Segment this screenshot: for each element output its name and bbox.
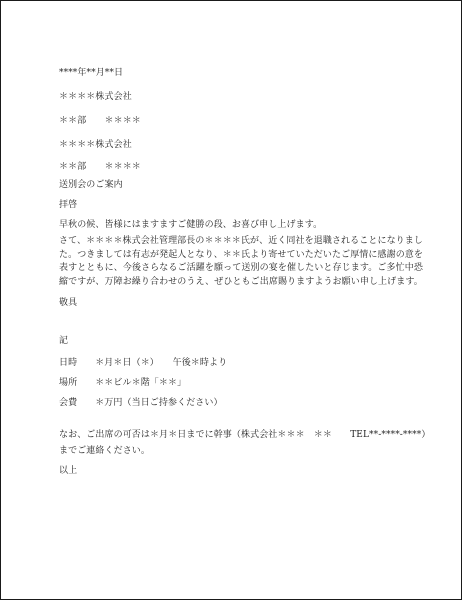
postscript: なお、ご出席の可否は＊月＊日までに幹事（株式会社＊＊＊ ＊＊ TEL**-***… <box>59 427 423 459</box>
letter-page: ****年**月**日 ＊＊＊＊株式会社 ＊＊部 ＊＊＊＊ ＊＊＊＊株式会社 ＊… <box>0 0 462 600</box>
recipient-company: ＊＊＊＊株式会社 <box>59 89 423 105</box>
recipient-contact: ＊＊部 ＊＊＊＊ <box>59 113 423 129</box>
detail-value-fee: ＊万円（当日ご持参ください） <box>95 398 222 408</box>
notice-header: 記 <box>59 333 423 349</box>
detail-row-location: 場所＊＊ビル＊階「＊＊」 <box>59 375 423 391</box>
detail-label-location: 場所 <box>59 378 77 388</box>
detail-label-datetime: 日時 <box>59 358 77 368</box>
detail-row-datetime: 日時＊月＊日（＊） 午後＊時より <box>59 355 423 371</box>
closing-word: 敬具 <box>59 295 423 311</box>
postscript-line-1: なお、ご出席の可否は＊月＊日までに幹事（株式会社＊＊＊ ＊＊ TEL**-***… <box>59 427 423 443</box>
sender-contact: ＊＊部 ＊＊＊＊ <box>59 159 423 175</box>
detail-value-location: ＊＊ビル＊階「＊＊」 <box>95 378 186 388</box>
detail-value-datetime: ＊月＊日（＊） 午後＊時より <box>95 358 227 368</box>
detail-row-fee: 会費＊万円（当日ご持参ください） <box>59 395 423 411</box>
letter-subject: 送別会のご案内 <box>59 177 423 193</box>
end-word: 以上 <box>59 463 423 479</box>
letter-date: ****年**月**日 <box>59 65 423 81</box>
postscript-line-2: までご連絡ください。 <box>59 443 423 459</box>
detail-label-fee: 会費 <box>59 398 77 408</box>
salutation: 拝啓 <box>59 197 423 213</box>
letter-content: ****年**月**日 ＊＊＊＊株式会社 ＊＊部 ＊＊＊＊ ＊＊＊＊株式会社 ＊… <box>59 1 423 479</box>
greeting-sentence: 早秋の候、皆様にはますますご健勝の段、お喜び申し上げます。 <box>59 217 423 233</box>
sender-company: ＊＊＊＊株式会社 <box>59 137 423 153</box>
body-paragraph: さて、＊＊＊＊株式会社管理部長の＊＊＊＊氏が、近く同社を退職されることになりまし… <box>59 235 423 289</box>
